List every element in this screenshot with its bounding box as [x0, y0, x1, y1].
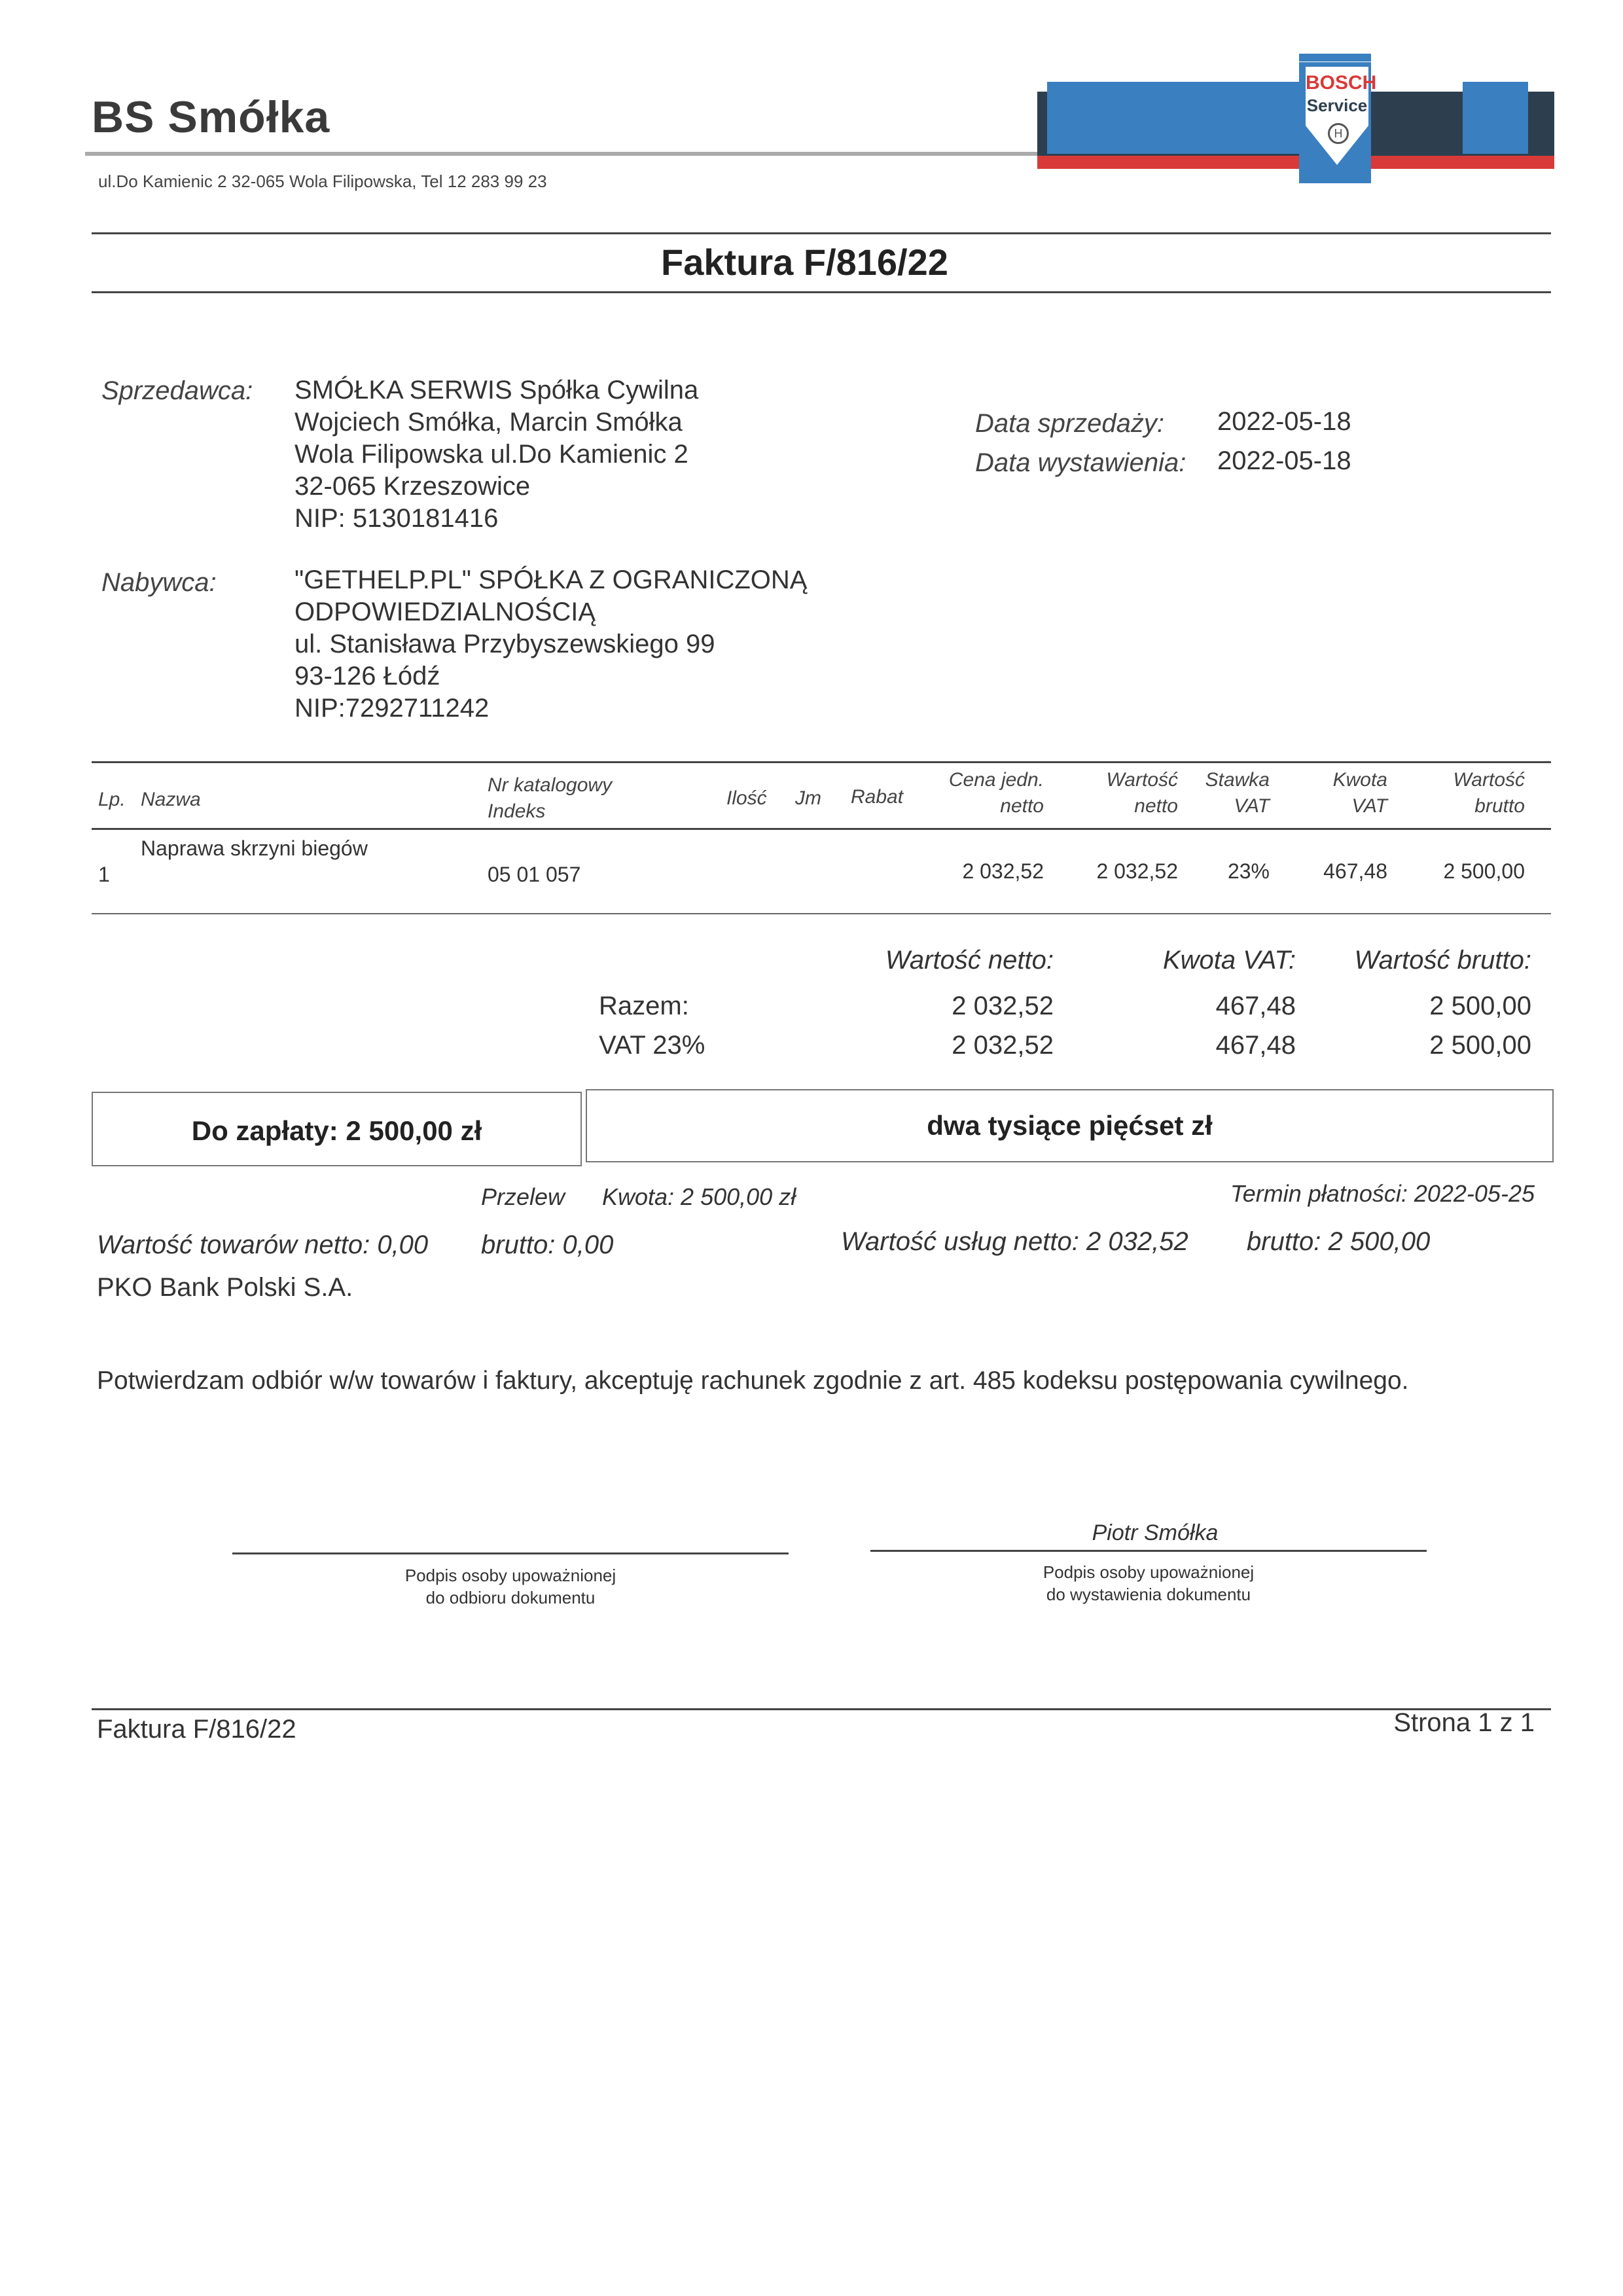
amount-in-words-box: dwa tysiące pięćset zł [586, 1089, 1554, 1162]
seller-line: Wola Filipowska ul.Do Kamienic 2 [294, 439, 698, 471]
summary-vat-vat: 467,48 [1113, 1031, 1296, 1060]
summary-total-gross: 2 500,00 [1335, 992, 1531, 1021]
table-rule-bottom [92, 913, 1551, 914]
issue-date-label: Data wystawienia: [975, 448, 1186, 478]
seller-line: SMÓŁKA SERWIS Spółka Cywilna [294, 374, 698, 406]
row-vat: 467,48 [1302, 859, 1387, 884]
company-name: BS Smółka [92, 92, 330, 143]
payment-method: Przelew [481, 1183, 565, 1211]
seller-nip: NIP: 5130181416 [294, 503, 698, 535]
summary-col-vat: Kwota VAT: [1080, 946, 1296, 975]
footer-page-number: Strona 1 z 1 [1309, 1708, 1535, 1738]
buyer-block: "GETHELP.PL" SPÓŁKA Z OGRANICZONĄ ODPOWI… [294, 564, 807, 725]
buyer-line: 93-126 Łódź [294, 660, 807, 692]
col-qty: Ilość [726, 785, 767, 812]
sale-date-label: Data sprzedaży: [975, 409, 1164, 439]
logo-service-text: Service [1306, 96, 1368, 116]
summary-col-gross: Wartość brutto: [1309, 946, 1531, 975]
invoice-title: Faktura F/816/22 [661, 241, 948, 283]
buyer-nip: NIP:7292711242 [294, 692, 807, 725]
footer-document: Faktura F/816/22 [97, 1715, 296, 1744]
col-unit: Jm [795, 785, 821, 812]
buyer-line: ul. Stanisława Przybyszewskiego 99 [294, 628, 807, 660]
summary-vat-gross: 2 500,00 [1335, 1031, 1531, 1060]
col-lp: Lp. [98, 787, 126, 813]
seller-block: SMÓŁKA SERWIS Spółka Cywilna Wojciech Sm… [294, 374, 698, 535]
title-rule-bottom [92, 291, 1551, 293]
payment-amount: Kwota: 2 500,00 zł [602, 1183, 796, 1211]
sale-date-value: 2022-05-18 [1217, 406, 1351, 438]
summary-col-net: Wartość netto: [785, 946, 1054, 975]
issuer-signature-line [870, 1550, 1427, 1552]
col-rate: Stawka VAT [1185, 767, 1270, 819]
services-gross: brutto: 2 500,00 [1247, 1227, 1430, 1257]
issuer-signature-caption: Podpis osoby upoważnionej do wystawienia… [870, 1561, 1427, 1605]
recipient-signature-line[interactable] [232, 1552, 789, 1554]
goods-net: Wartość towarów netto: 0,00 [97, 1230, 428, 1260]
bosch-service-logo: BOSCH Service H [1018, 52, 1554, 183]
seller-label: Sprzedawca: [101, 376, 253, 406]
buyer-label: Nabywca: [101, 568, 217, 598]
bosch-armature-icon: H [1328, 123, 1349, 144]
row-rate: 23% [1185, 859, 1270, 884]
bank-name: PKO Bank Polski S.A. [97, 1273, 353, 1302]
buyer-line: ODPOWIEDZIALNOŚCIĄ [294, 596, 807, 628]
amount-due: Do zapłaty: 2 500,00 zł [93, 1115, 580, 1147]
col-unit-price: Cena jedn. netto [916, 767, 1044, 819]
amount-in-words: dwa tysiące pięćset zł [587, 1110, 1552, 1141]
issue-date-value: 2022-05-18 [1217, 445, 1351, 477]
col-name: Nazwa [141, 787, 201, 813]
summary-vat-net: 2 032,52 [851, 1031, 1054, 1060]
col-catalog: Nr katalogowy Indeks [488, 772, 612, 825]
summary-total-label: Razem: [599, 992, 689, 1021]
col-net: Wartość netto [1060, 767, 1178, 819]
row-name: Naprawa skrzyni biegów [141, 836, 368, 861]
col-discount: Rabat [851, 784, 903, 810]
goods-gross: brutto: 0,00 [481, 1230, 613, 1260]
table-rule-top [92, 761, 1551, 763]
col-vat: Kwota VAT [1302, 767, 1387, 819]
summary-total-net: 2 032,52 [851, 992, 1054, 1021]
title-rule-top [92, 232, 1551, 234]
recipient-signature-caption: Podpis osoby upoważnionej do odbioru dok… [232, 1564, 789, 1609]
buyer-line: "GETHELP.PL" SPÓŁKA Z OGRANICZONĄ [294, 564, 807, 596]
logo-bosch-text: BOSCH [1306, 72, 1368, 94]
row-net: 2 032,52 [1060, 859, 1178, 884]
issuer-name: Piotr Smółka [877, 1520, 1433, 1546]
amount-due-box: Do zapłaty: 2 500,00 zł [92, 1092, 582, 1166]
row-lp: 1 [98, 863, 110, 887]
seller-line: 32-065 Krzeszowice [294, 471, 698, 503]
seller-line: Wojciech Smółka, Marcin Smółka [294, 406, 698, 439]
row-catalog: 05 01 057 [488, 863, 580, 887]
summary-vat-label: VAT 23% [599, 1031, 705, 1060]
summary-total-vat: 467,48 [1113, 992, 1296, 1021]
company-address: ul.Do Kamienic 2 32-065 Wola Filipowska,… [98, 171, 547, 192]
row-unit-price: 2 032,52 [916, 859, 1044, 884]
col-gross: Wartość brutto [1414, 767, 1525, 819]
confirmation-text: Potwierdzam odbiór w/w towarów i faktury… [97, 1367, 1409, 1395]
payment-due-date: Termin płatności: 2022-05-25 [1113, 1180, 1535, 1208]
services-net: Wartość usług netto: 2 032,52 [841, 1227, 1188, 1257]
table-rule-mid [92, 828, 1551, 830]
row-gross: 2 500,00 [1414, 859, 1525, 884]
